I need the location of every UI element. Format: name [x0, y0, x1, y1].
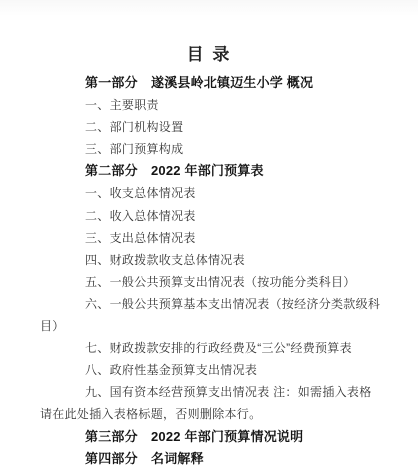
- toc-list: 第一部分 遂溪县岭北镇迈生小学 概况 一、主要职责 二、部门机构设置 三、部门预…: [0, 72, 418, 468]
- document-page: 目 录 第一部分 遂溪县岭北镇迈生小学 概况 一、主要职责 二、部门机构设置 三…: [0, 0, 418, 468]
- toc-item: 八、政府性基金预算支出情况表: [40, 359, 384, 381]
- toc-title: 目 录: [0, 44, 418, 66]
- toc-item-continuation: 请在此处插入表格标题，否则删除本行。: [40, 403, 384, 425]
- toc-heading-part4: 第四部分 名词解释: [40, 448, 384, 468]
- toc-item: 五、一般公共预算支出情况表（按功能分类科目）: [40, 271, 384, 293]
- toc-item: 九、国有资本经营预算支出情况表 注：如需插入表格: [40, 381, 384, 403]
- toc-heading-part1: 第一部分 遂溪县岭北镇迈生小学 概况: [40, 72, 384, 94]
- toc-item: 一、主要职责: [40, 94, 384, 116]
- toc-item: 四、财政拨款收支总体情况表: [40, 249, 384, 271]
- toc-item: 三、部门预算构成: [40, 138, 384, 160]
- toc-item: 二、部门机构设置: [40, 116, 384, 138]
- toc-item-continuation: 目）: [40, 315, 384, 337]
- toc-heading-part3: 第三部分 2022 年部门预算情况说明: [40, 426, 384, 448]
- toc-heading-part2: 第二部分 2022 年部门预算表: [40, 160, 384, 182]
- toc-item: 一、收支总体情况表: [40, 182, 384, 204]
- toc-item: 三、支出总体情况表: [40, 227, 384, 249]
- toc-item: 七、财政拨款安排的行政经费及“三公”经费预算表: [40, 337, 384, 359]
- toc-item: 六、一般公共预算基本支出情况表（按经济分类款级科: [40, 293, 384, 315]
- toc-item: 二、收入总体情况表: [40, 205, 384, 227]
